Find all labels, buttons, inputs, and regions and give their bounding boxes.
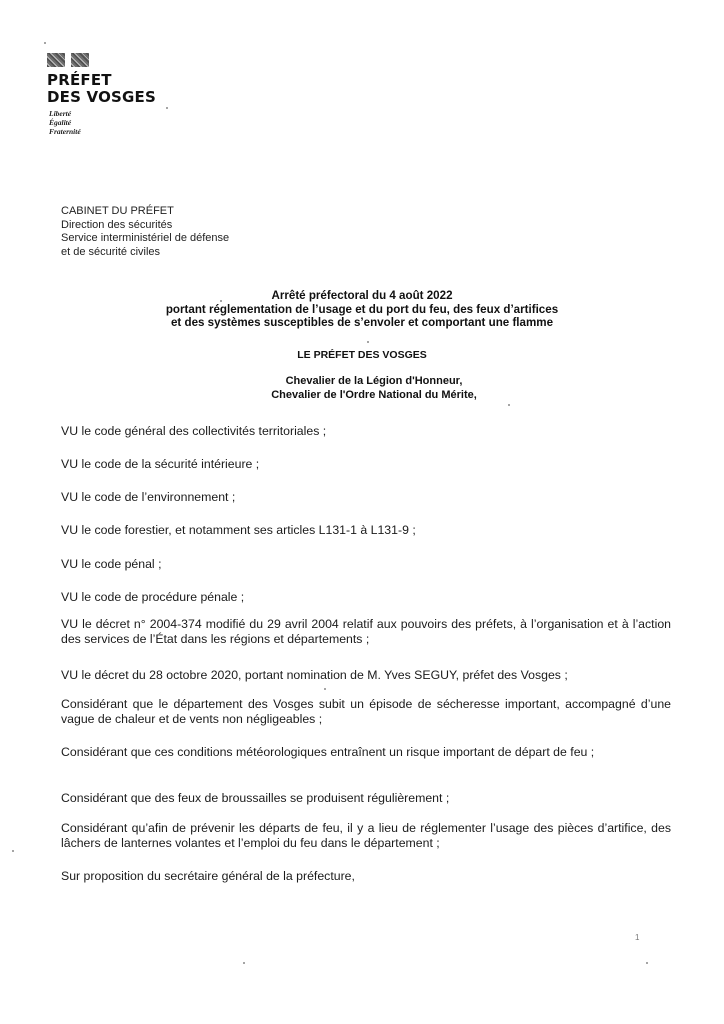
- title-line: Arrêté préfectoral du 4 août 2022: [40, 289, 684, 303]
- scan-speck: [220, 300, 222, 302]
- scan-speck: [44, 42, 46, 44]
- service-line: Service interministériel de défense: [61, 232, 229, 246]
- scan-speck: [367, 341, 369, 343]
- distinction-line: Chevalier de la Légion d'Honneur,: [40, 375, 708, 389]
- issuing-service: CABINET DU PRÉFET Direction des sécurité…: [61, 205, 229, 259]
- motto-line: Égalité: [49, 118, 81, 127]
- consideration-paragraph: Considérant que le département des Vosge…: [61, 697, 671, 727]
- consideration-paragraph: VU le code de l’environnement ;: [61, 490, 671, 505]
- marianne-logo-icon: [47, 53, 93, 67]
- motto-line: Fraternité: [49, 127, 81, 136]
- consideration-paragraph: VU le code de la sécurité intérieure ;: [61, 457, 671, 472]
- consideration-paragraph: VU le code forestier, et notamment ses a…: [61, 523, 671, 538]
- page-number: 1: [635, 933, 639, 942]
- title-line: portant réglementation de l’usage et du …: [40, 303, 684, 317]
- consideration-paragraph: VU le code général des collectivités ter…: [61, 424, 671, 439]
- title-line: et des systèmes susceptibles de s’envole…: [40, 316, 684, 330]
- consideration-paragraph: Considérant qu’afin de prévenir les dépa…: [61, 821, 671, 851]
- consideration-paragraph: VU le décret du 28 octobre 2020, portant…: [61, 668, 671, 683]
- republic-motto: Liberté Égalité Fraternité: [49, 109, 81, 136]
- consideration-paragraph: Considérant que des feux de broussailles…: [61, 791, 671, 806]
- consideration-paragraph: VU le décret n° 2004-374 modifié du 29 a…: [61, 617, 671, 647]
- logo-glyph-left: [47, 53, 65, 67]
- consideration-paragraph: Considérant que ces conditions météorolo…: [61, 745, 671, 760]
- document-title: Arrêté préfectoral du 4 août 2022 portan…: [40, 289, 684, 330]
- distinction-line: Chevalier de l'Ordre National du Mérite,: [40, 389, 708, 403]
- prefecture-name: PRÉFET DES VOSGES: [47, 72, 156, 106]
- scan-speck: [12, 850, 14, 852]
- scan-speck: [646, 962, 648, 964]
- service-line: Direction des sécurités: [61, 219, 229, 233]
- service-line: et de sécurité civiles: [61, 246, 229, 260]
- authority-heading: LE PRÉFET DES VOSGES: [40, 349, 684, 361]
- consideration-paragraph: VU le code de procédure pénale ;: [61, 590, 671, 605]
- service-line: CABINET DU PRÉFET: [61, 205, 229, 219]
- scan-speck: [324, 688, 326, 690]
- prefecture-line: DES VOSGES: [47, 89, 156, 106]
- consideration-paragraph: VU le code pénal ;: [61, 557, 671, 572]
- scan-speck: [508, 404, 510, 406]
- authority-distinctions: Chevalier de la Légion d'Honneur, Cheval…: [40, 375, 708, 402]
- scan-speck: [166, 107, 168, 109]
- consideration-paragraph: Sur proposition du secrétaire général de…: [61, 869, 671, 884]
- motto-line: Liberté: [49, 109, 81, 118]
- scan-speck: [243, 962, 245, 964]
- prefecture-line: PRÉFET: [47, 72, 156, 89]
- logo-glyph-right: [71, 53, 89, 67]
